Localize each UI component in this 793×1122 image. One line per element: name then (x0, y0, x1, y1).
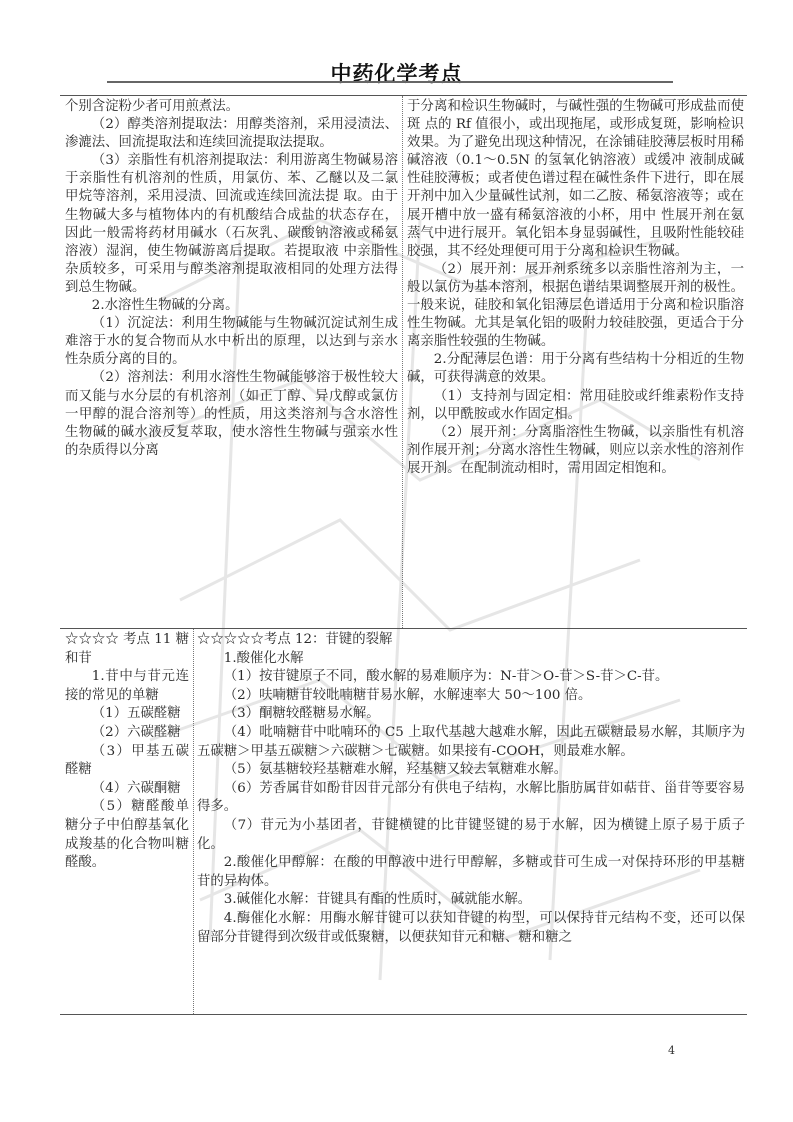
page-title: 中药化学考点 (0, 58, 793, 88)
top-left-column: 个别含淀粉少者可用煎煮法。 （2）醇类溶剂提取法：用醇类溶剂，采用浸渍法、渗漉法… (65, 98, 398, 460)
section-heading: 1.酸催化水解 (197, 650, 745, 669)
section-heading: 3.碱催化水解：苷键具有酯的性质时，碱就能水解。 (197, 891, 745, 910)
paragraph: （2）展开剂：分离脂溶性生物碱，以亲脂性有机溶剂作展开剂；分离水溶性生物碱，则应… (407, 424, 744, 478)
paragraph: （1）支持剂与固定相：常用硅胶或纤维素粉作支持剂，以甲酰胺或水作固定相。 (407, 388, 744, 424)
paragraph: （1）沉淀法：利用生物碱能与生物碱沉淀试剂生成难溶于水的复合物而从水中析出的原理… (65, 315, 398, 369)
section-heading: 4.酶催化水解：用酶水解苷键可以获知苷键的构型，可以保持苷元结构不变，还可以保留… (197, 910, 745, 947)
section-heading: 2.酸催化甲醇解：在酸的甲醇液中进行甲醇解，多糖或苷可生成一对保持环形的甲基糖苷… (197, 854, 745, 891)
paragraph: 于分离和检识生物碱时，与碱性强的生物碱可形成盐而使斑 点的 Rf 值很小，或出现… (407, 98, 744, 261)
table-bottom-border (60, 1014, 747, 1015)
paragraph: （3）亲脂性有机溶剂提取法：利用游离生物碱易溶于亲脂性有机溶剂的性质，用氯仿、苯… (65, 152, 398, 297)
top-right-column: 于分离和检识生物碱时，与碱性强的生物碱可形成盐而使斑 点的 Rf 值很小，或出现… (407, 98, 744, 478)
table-middle-border (60, 628, 747, 629)
bottom-right-column: ☆☆☆☆☆考点 12：苷键的裂解 1.酸催化水解 （1）按苷键原子不同，酸水解的… (197, 631, 745, 947)
column-divider-top (402, 96, 403, 628)
bottom-left-column: ☆☆☆☆ 考点 11 糖和苷 1.苷中与苷元连接的常见的单糖 （1）五碳醛糖 （… (65, 631, 189, 873)
section-heading: 2.水溶性生物碱的分离。 (65, 297, 398, 315)
title-underline (107, 81, 673, 83)
paragraph: （2）醇类溶剂提取法：用醇类溶剂，采用浸渍法、渗漉法、回流提取法和连续回流提取法… (65, 116, 398, 152)
list-item: （4）吡喃糖苷中吡喃环的 C5 上取代基越大越难水解，因此五碳糖最易水解，其顺序… (197, 724, 745, 761)
list-item: （4）六碳酮糖 (65, 780, 189, 799)
list-item: （2）六碳醛糖 (65, 724, 189, 743)
table-top-border (60, 95, 747, 96)
list-item: （3）甲基五碳醛糖 (65, 743, 189, 780)
list-item: （1）五碳醛糖 (65, 705, 189, 724)
exam-point-heading: ☆☆☆☆ 考点 11 糖和苷 (65, 631, 189, 668)
list-item: （1）按苷键原子不同，酸水解的易难顺序为：N-苷＞O-苷＞S-苷＞C-苷。 (197, 668, 745, 687)
section-heading: 2.分配薄层色谱：用于分离有些结构十分相近的生物碱，可获得满意的效果。 (407, 351, 744, 387)
list-item: （5）糖醛酸单糖分子中伯醇基氧化成羧基的化合物叫糖醛酸。 (65, 798, 189, 872)
list-item: （5）氨基糖较羟基糖难水解，羟基糖又较去氧糖难水解。 (197, 761, 745, 780)
paragraph: （2）展开剂：展开剂系统多以亲脂性溶剂为主，一般以氯仿为基本溶剂，根据色谱结果调… (407, 261, 744, 351)
page-number: 4 (668, 1044, 675, 1057)
list-item: （2）呋喃糖苷较吡喃糖苷易水解，水解速率大 50～100 倍。 (197, 687, 745, 706)
exam-point-heading: ☆☆☆☆☆考点 12：苷键的裂解 (197, 631, 745, 650)
section-heading: 1.苷中与苷元连接的常见的单糖 (65, 668, 189, 705)
column-divider-bottom (193, 629, 194, 1014)
list-item: （7）苷元为小基团者，苷键横键的比苷键竖键的易于水解，因为横键上原子易于质子化。 (197, 817, 745, 854)
paragraph: 个别含淀粉少者可用煎煮法。 (65, 98, 398, 116)
list-item: （3）酮糖较醛糖易水解。 (197, 705, 745, 724)
paragraph: （2）溶剂法：利用水溶性生物碱能够溶于极性较大而又能与水分层的有机溶剂（如正丁醇… (65, 369, 398, 459)
list-item: （6）芳香属苷如酚苷因苷元部分有供电子结构，水解比脂肪属苷如萜苷、甾苷等要容易得… (197, 780, 745, 817)
